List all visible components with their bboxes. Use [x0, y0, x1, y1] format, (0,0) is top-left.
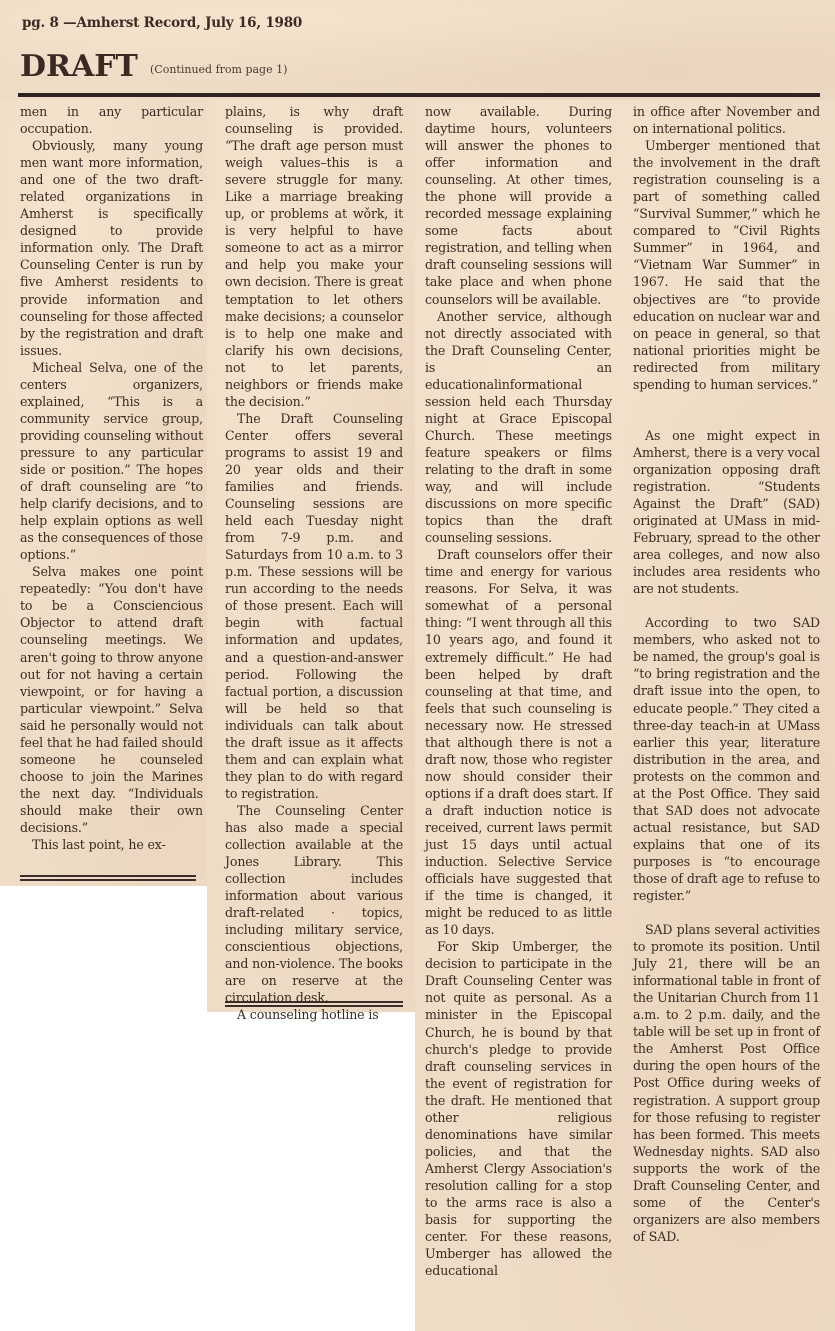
- header-rule-right: [420, 93, 820, 97]
- paragraph: The Draft Counseling Center offers sever…: [225, 410, 403, 802]
- article-column-1: men in any particular occupation. Obviou…: [20, 103, 203, 853]
- paragraph: Selva makes one point repeatedly: “You d…: [20, 563, 203, 836]
- article-column-4: in office after November and on internat…: [633, 103, 820, 1245]
- page-folio: pg. 8 —Amherst Record, July 16, 1980: [22, 15, 302, 31]
- paragraph: Micheal Selva, one of the centers organi…: [20, 359, 203, 564]
- paragraph: As one might expect in Amherst, there is…: [633, 427, 820, 597]
- paragraph: According to two SAD members, who asked …: [633, 614, 820, 904]
- paragraph: A counseling hotline is: [225, 1006, 403, 1023]
- paragraph: men in any particular occupation.: [20, 103, 203, 137]
- paragraph: now available. During daytime hours, vol…: [425, 103, 612, 308]
- paragraph: Obviously, many young men want more info…: [20, 137, 203, 359]
- article-column-2: plains, is why draft counseling is provi…: [225, 103, 403, 1024]
- article-headline: DRAFT: [20, 50, 138, 84]
- continued-from-note: (Continued from page 1): [150, 63, 287, 76]
- header-rule: [18, 93, 420, 97]
- paragraph: For Skip Umberger, the decision to parti…: [425, 938, 612, 1279]
- paragraph: Draft counselors offer their time and en…: [425, 546, 612, 938]
- paragraph: Another service, although not directly a…: [425, 308, 612, 547]
- paragraph: The Counseling Center has also made a sp…: [225, 802, 403, 1007]
- paragraph: SAD plans several activities to promote …: [633, 921, 820, 1245]
- column-end-rule: [20, 875, 196, 881]
- paragraph: This last point, he ex-: [20, 836, 203, 853]
- article-column-3: now available. During daytime hours, vol…: [425, 103, 612, 1279]
- column-end-rule: [225, 1001, 403, 1007]
- paragraph: Umberger mentioned that the involvement …: [633, 137, 820, 393]
- paragraph: in office after November and on internat…: [633, 103, 820, 137]
- paragraph: plains, is why draft counseling is provi…: [225, 103, 403, 410]
